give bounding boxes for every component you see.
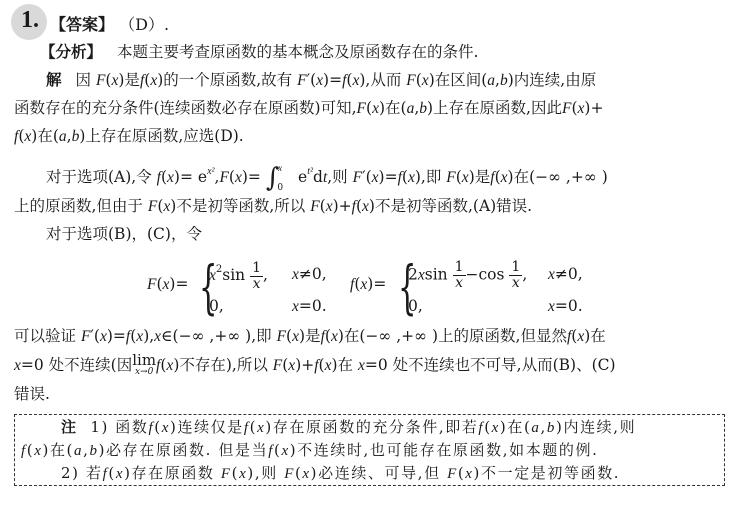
note-item-2: 2) 若f(x)存在原函数 F(x),则 F(x)必连续、可导,但 F(x)不一… <box>61 463 620 484</box>
limit-expression: limx→0 <box>132 354 156 378</box>
question-number: 1. <box>21 7 39 34</box>
option-a-line-1: 对于选项(A),令 f(x)= ex²,F(x)= ∫0x et²dt,则 F′… <box>46 162 608 190</box>
option-bc-line-2: x=0 处不连续(因limx→0f(x)不存在),所以 F(x)+f(x)在 x… <box>14 354 616 378</box>
note-label: 注 <box>61 418 78 436</box>
answer-label: 【答案】 <box>50 15 114 34</box>
answer-value: （D）. <box>119 15 169 34</box>
option-a-line-2: 上的原函数,但由于 F(x)不是初等函数,所以 F(x)+f(x)不是初等函数,… <box>14 196 532 217</box>
solution-label: 解 <box>46 70 62 89</box>
analysis-label: 【分析】 <box>40 42 102 61</box>
note-item-1-cont: f(x)在(a,b)必存在原函数. 但是当f(x)不连续时,也可能存在原函数,如… <box>21 440 598 461</box>
option-bc-line-3: 错误. <box>14 384 50 404</box>
solution-line-3: f(x)在(a,b)上存在原函数,应选(D). <box>14 126 244 147</box>
answer-line: 【答案】 （D）. <box>50 12 169 35</box>
analysis-text: 本题主要考查原函数的基本概念及原函数存在的条件. <box>117 43 478 61</box>
solution-line-1: 解因 F(x)是f(x)的一个原函数,故有 F′(x)=f(x),从而 F(x)… <box>46 70 596 91</box>
option-bc-intro: 对于选项(B)，(C)，令 <box>46 224 202 244</box>
option-bc-line-1: 可以验证 F′(x)=f(x),x∈(−∞ ,+∞ ),即 F(x)是f(x)在… <box>14 326 606 347</box>
note-box: 注 1) 函数f(x)连续仅是f(x)存在原函数的充分条件,即若f(x)在(a,… <box>14 414 725 486</box>
note-item-1: 注 1) 函数f(x)连续仅是f(x)存在原函数的充分条件,即若f(x)在(a,… <box>61 417 636 438</box>
analysis-line: 【分析】 本题主要考查原函数的基本概念及原函数存在的条件. <box>40 42 478 62</box>
solution-line-2: 函数存在的充分条件(连续函数必存在原函数)可知,F(x)在(a,b)上存在原函数… <box>14 98 603 119</box>
